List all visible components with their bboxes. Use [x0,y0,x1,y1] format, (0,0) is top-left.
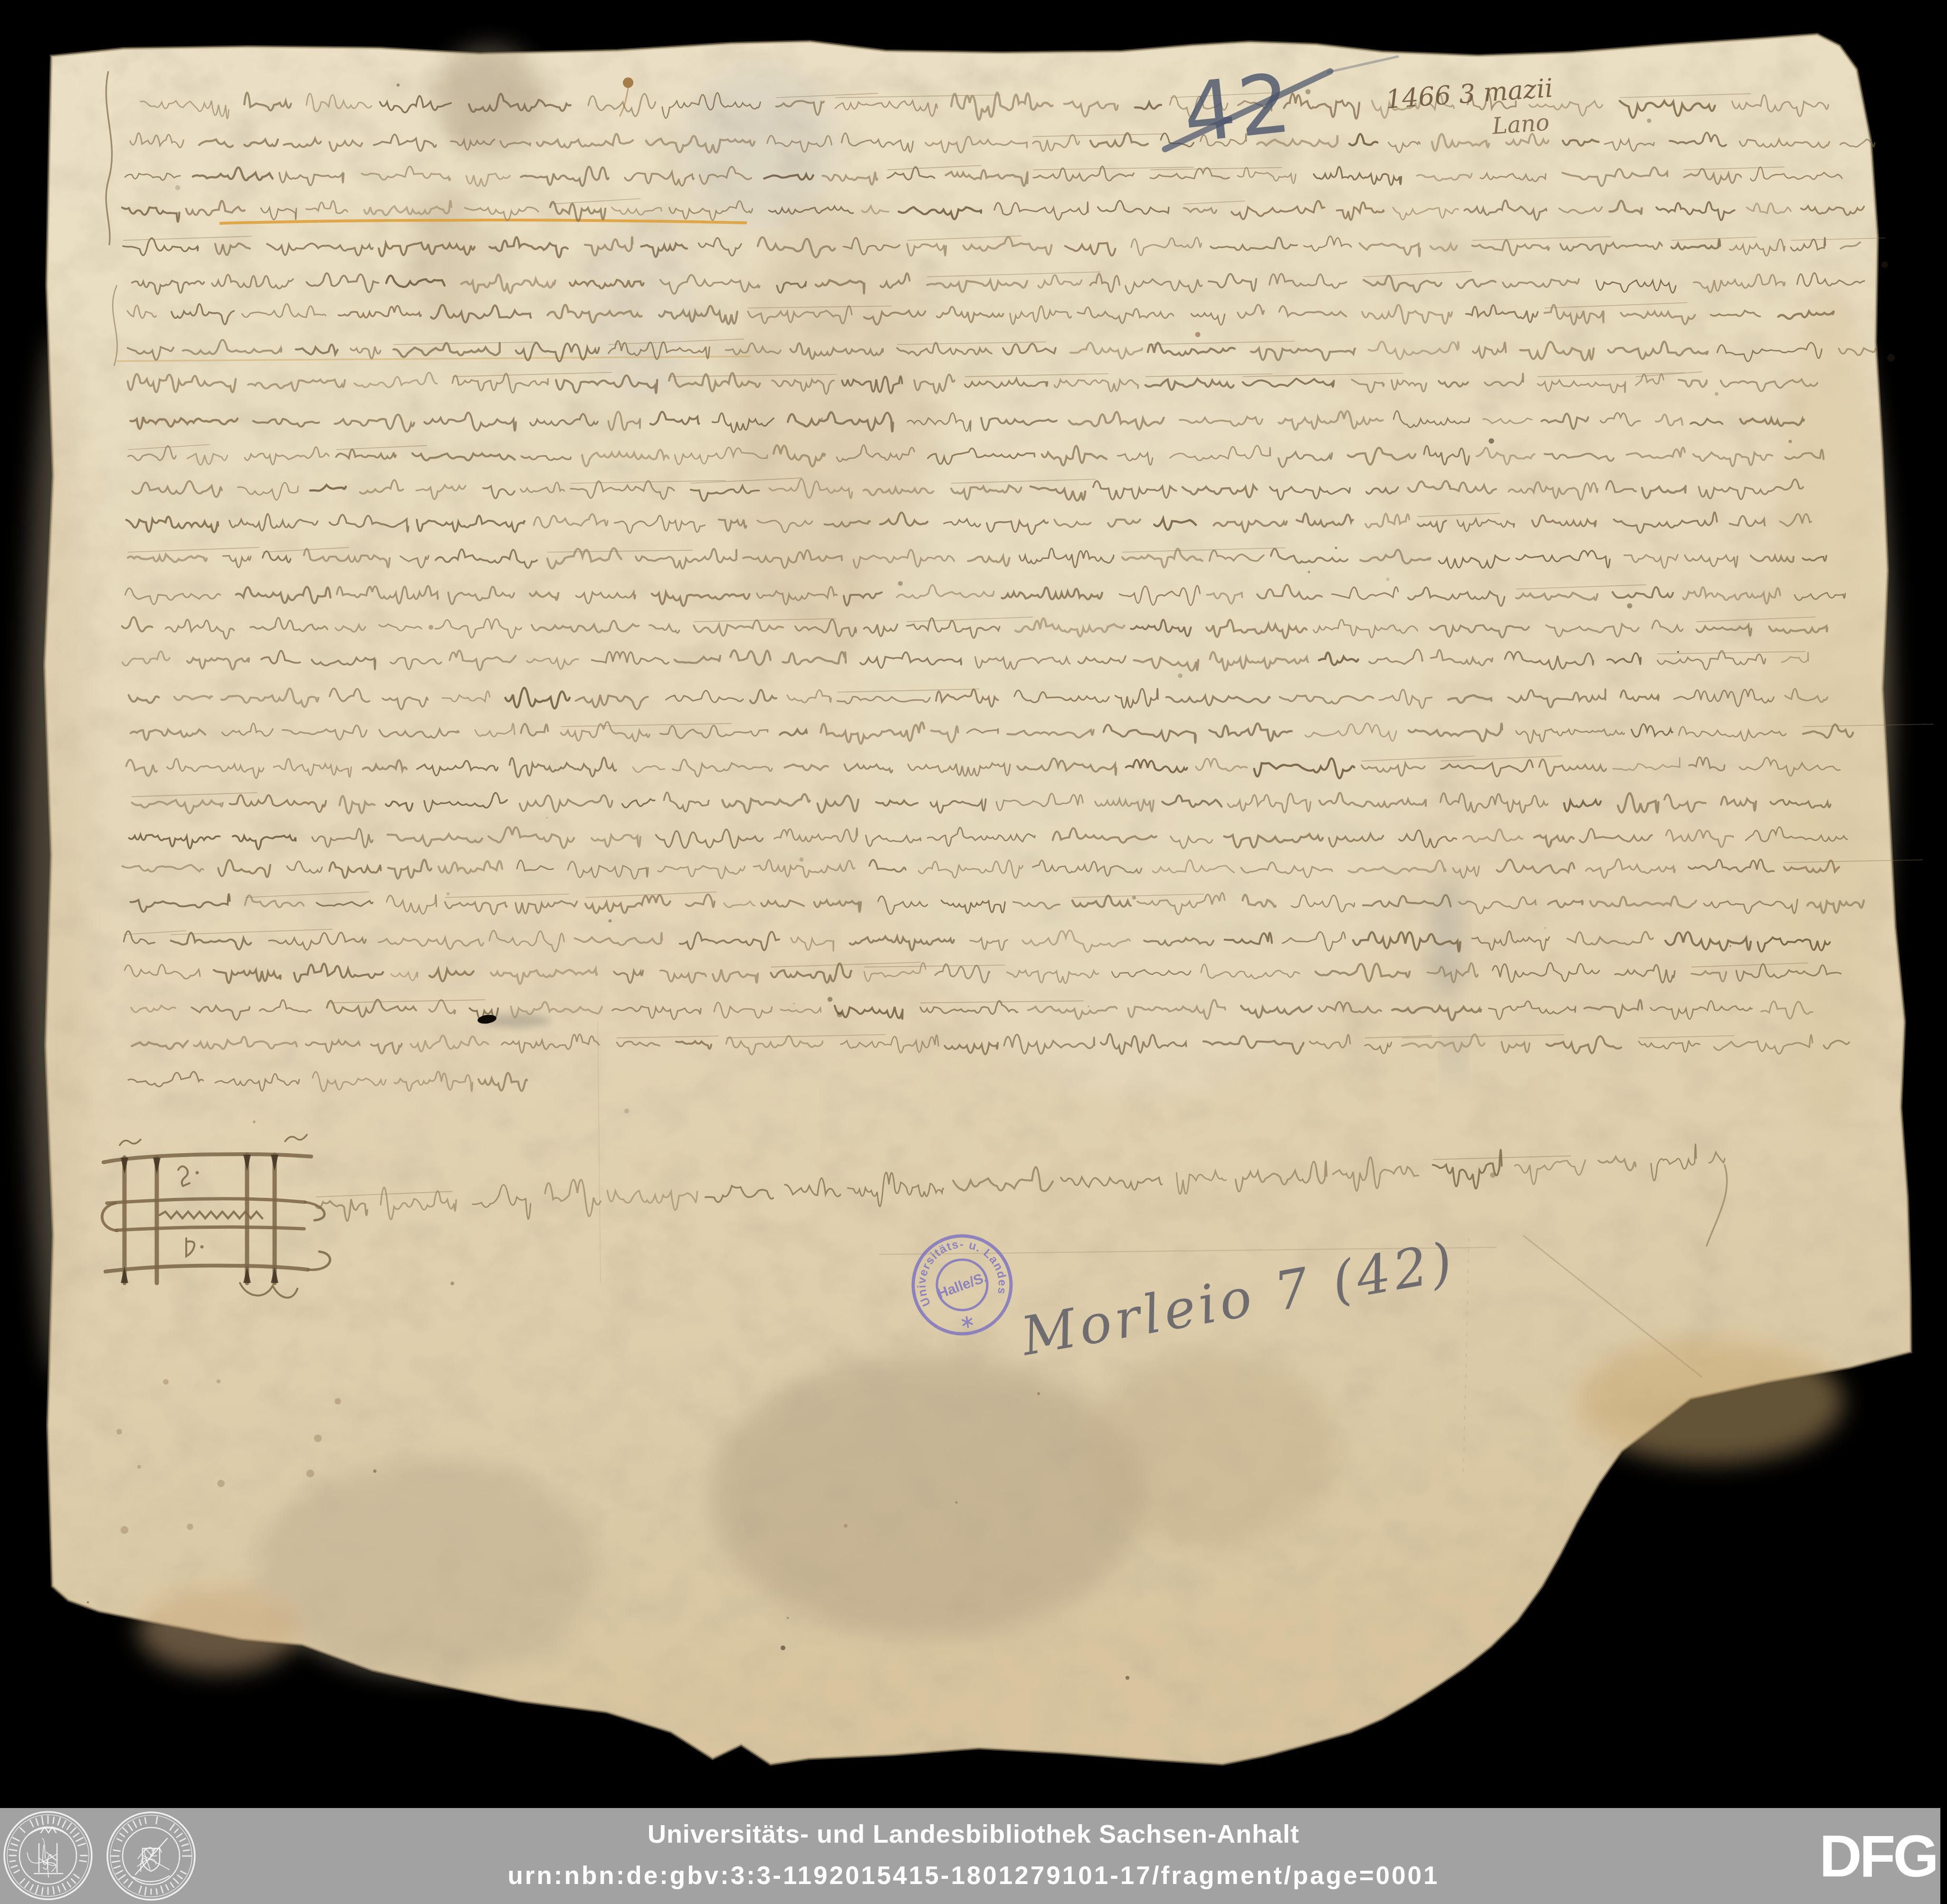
viewer-footer: Universitäts- und Landesbibliothek Sachs… [0,1808,1947,1904]
dfg-logo: DFG [1819,1827,1937,1886]
secondary-annotation: Lano [1491,109,1550,140]
footer-text-block: Universitäts- und Landesbibliothek Sachs… [507,1821,1439,1888]
footer-right-cap [1940,1808,1947,1904]
university-seal-right-icon [107,1812,195,1900]
scan-viewer-page: 42 1466 3 mazii Lano Morleio 7 (42) Univ… [0,0,1947,1904]
institution-name: Universitäts- und Landesbibliothek Sachs… [507,1821,1439,1847]
university-seal-left-icon [4,1812,92,1899]
library-seals [0,1808,219,1904]
urn-identifier: urn:nbn:de:gbv:3:3-1192015415-1801279101… [507,1863,1439,1888]
charter-scan: 42 1466 3 mazii Lano Morleio 7 (42) Univ… [0,0,1947,1904]
corner-number-annotation: 42 [1179,55,1298,162]
